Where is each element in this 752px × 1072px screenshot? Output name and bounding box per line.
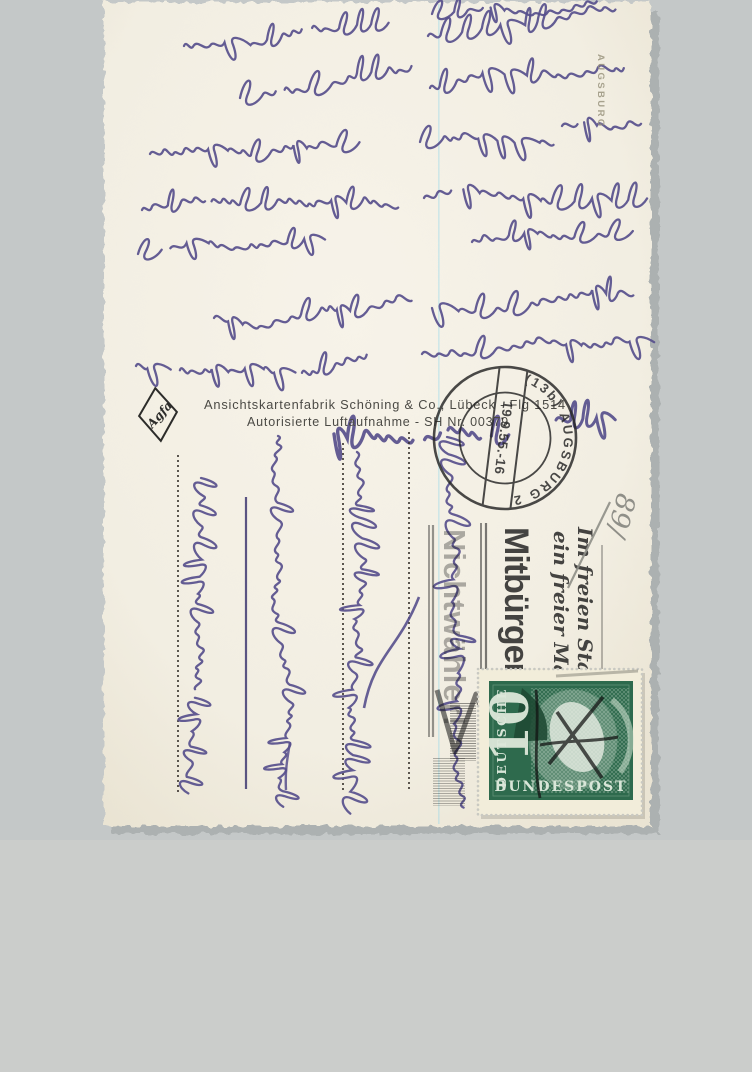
- stamp-bottom-word: BUNDESPOST: [494, 779, 627, 795]
- photo-caption: AUGSBURG: [595, 54, 606, 129]
- postcard-scan: Agfa Ansichtskartenfabrik Schöning & Co.…: [0, 0, 752, 1072]
- slogan-bold-line2: Nichtwähler!: [437, 529, 472, 727]
- postage-stamp: DEUTSCHE 10 BUNDESPOST: [478, 669, 645, 819]
- cancel-hatch-block-2: [433, 758, 465, 806]
- cancel-hatch-block: [450, 703, 476, 761]
- stamp-value: 10: [480, 690, 541, 762]
- scanner-background-lower: [0, 840, 752, 1072]
- publisher-line2: Autorisierte Luftaufnahme - SH Nr. 00379: [247, 415, 509, 429]
- scanned-postcard-page: Agfa Ansichtskartenfabrik Schöning & Co.…: [0, 0, 752, 1072]
